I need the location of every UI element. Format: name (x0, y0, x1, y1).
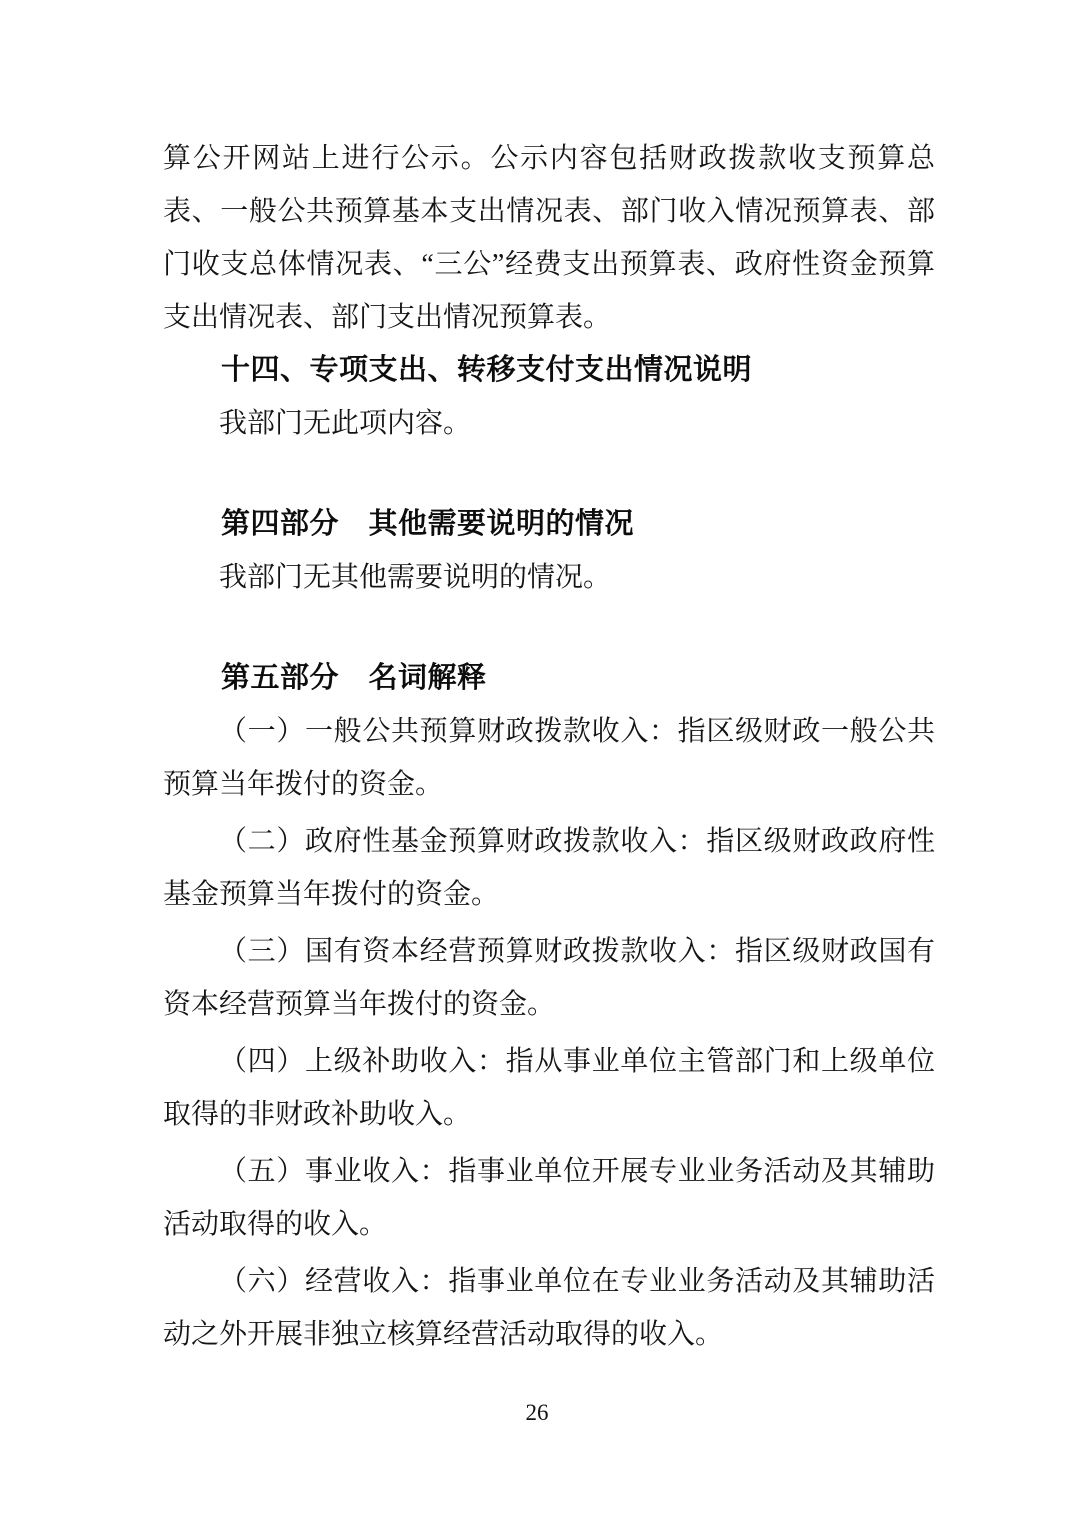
heading-part-4: 第四部分 其他需要说明的情况 (163, 498, 935, 551)
paragraph-part4-body: 我部门无其他需要说明的情况。 (163, 551, 935, 604)
blank-line (163, 604, 935, 652)
paragraph-disclosure-continuation: 算公开网站上进行公示。公示内容包括财政拨款收支预算总表、一般公共预算基本支出情况… (163, 132, 935, 344)
document-body: 算公开网站上进行公示。公示内容包括财政拨款收支预算总表、一般公共预算基本支出情况… (163, 132, 935, 1365)
blank-line (163, 450, 935, 498)
term-definition-institutional-income: （五）事业收入：指事业单位开展专业业务活动及其辅助活动取得的收入。 (163, 1145, 935, 1251)
paragraph-section14-body: 我部门无此项内容。 (163, 397, 935, 450)
page-number: 26 (0, 1398, 1074, 1428)
term-definition-government-fund-budget: （二）政府性基金预算财政拨款收入：指区级财政政府性基金预算当年拨付的资金。 (163, 815, 935, 921)
heading-part-5: 第五部分 名词解释 (163, 652, 935, 705)
term-definition-operating-income: （六）经营收入：指事业单位在专业业务活动及其辅助活动之外开展非独立核算经营活动取… (163, 1255, 935, 1361)
document-page: 算公开网站上进行公示。公示内容包括财政拨款收支预算总表、一般公共预算基本支出情况… (0, 0, 1074, 1520)
term-definition-state-capital-budget: （三）国有资本经营预算财政拨款收入：指区级财政国有资本经营预算当年拨付的资金。 (163, 925, 935, 1031)
term-definition-superior-subsidy-income: （四）上级补助收入：指从事业单位主管部门和上级单位取得的非财政补助收入。 (163, 1035, 935, 1141)
term-definition-general-public-budget: （一）一般公共预算财政拨款收入：指区级财政一般公共预算当年拨付的资金。 (163, 705, 935, 811)
heading-section-14: 十四、专项支出、转移支付支出情况说明 (163, 344, 935, 397)
